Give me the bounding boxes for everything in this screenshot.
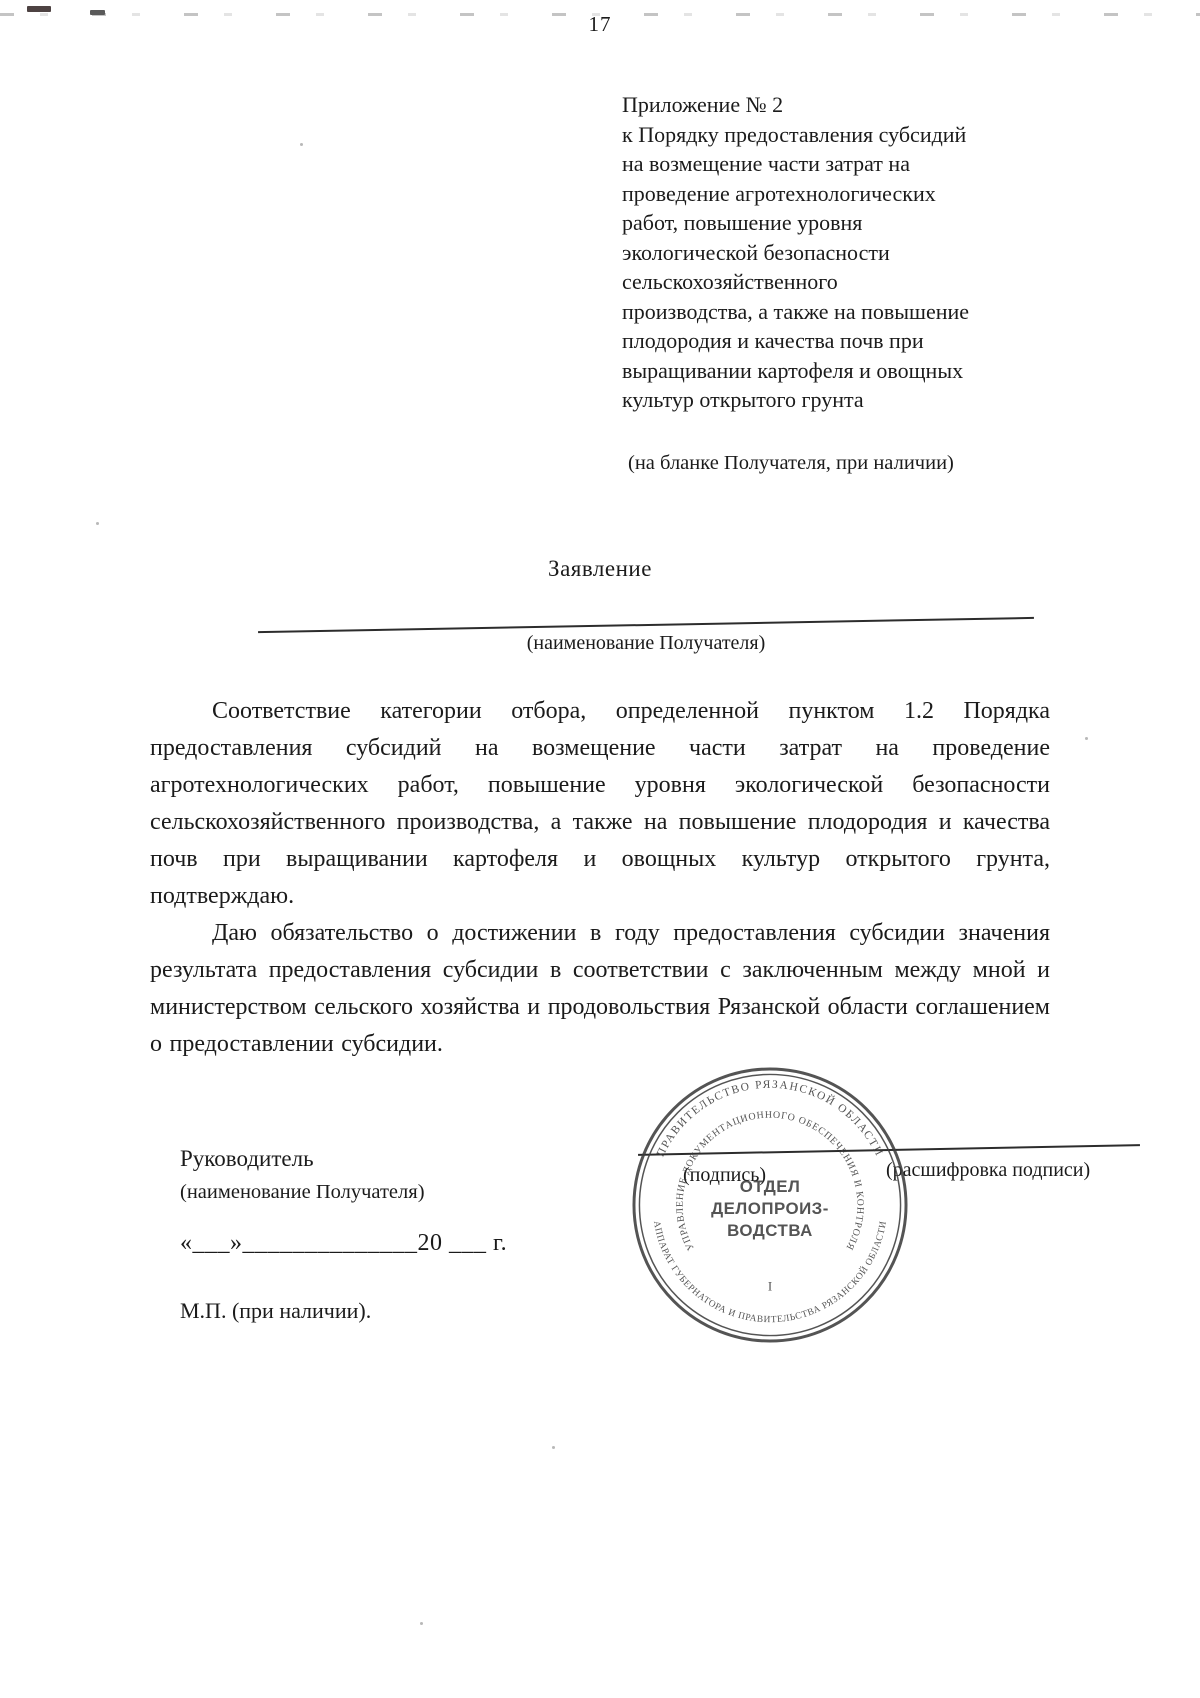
seal-place-note: М.П. (при наличии). bbox=[180, 1298, 371, 1324]
scan-speck bbox=[96, 522, 99, 525]
appendix-header-line: культур открытого грунта bbox=[622, 385, 1072, 415]
appendix-header-line: сельскохозяйственного bbox=[622, 267, 1072, 297]
scan-speck bbox=[1085, 737, 1088, 740]
appendix-header-line: выращивании картофеля и овощных bbox=[622, 356, 1072, 386]
document-page: 17 Приложение № 2 к Порядку предоставлен… bbox=[0, 0, 1200, 1698]
body-text: Соответствие категории отбора, определен… bbox=[150, 693, 1050, 1063]
appendix-header-line: Приложение № 2 bbox=[622, 90, 1072, 120]
document-title: Заявление bbox=[0, 556, 1200, 582]
paragraph-compliance: Соответствие категории отбора, определен… bbox=[150, 693, 1050, 915]
appendix-header-line: к Порядку предоставления субсидий bbox=[622, 120, 1072, 150]
scan-artifact-top-edge bbox=[0, 13, 1200, 16]
stamp-center-line: ДЕЛОПРОИЗ- bbox=[711, 1199, 829, 1218]
appendix-header-line: работ, повышение уровня bbox=[622, 208, 1072, 238]
stamp-center-line: ОТДЕЛ bbox=[740, 1177, 801, 1196]
appendix-header-line: проведение агротехнологических bbox=[622, 179, 1072, 209]
scan-speck bbox=[300, 143, 303, 146]
recipient-name-caption: (наименование Получателя) bbox=[258, 632, 1034, 655]
scan-speck bbox=[420, 1622, 423, 1625]
stamp-bottom-mark: I bbox=[768, 1279, 772, 1293]
appendix-header: Приложение № 2 к Порядку предоставления … bbox=[622, 90, 1072, 415]
date-blank-line: «___»______________20 ___ г. bbox=[180, 1230, 507, 1257]
appendix-header-line: экологической безопасности bbox=[622, 238, 1072, 268]
signature-transcript-caption: (расшифровка подписи) bbox=[886, 1159, 1090, 1182]
scan-artifact bbox=[90, 10, 105, 15]
appendix-header-line: на возмещение части затрат на bbox=[622, 149, 1072, 179]
form-note: (на бланке Получателя, при наличии) bbox=[628, 452, 954, 475]
scan-artifact bbox=[27, 6, 51, 12]
appendix-header-line: плодородия и качества почв при bbox=[622, 326, 1072, 356]
paragraph-obligation: Даю обязательство о достижении в году пр… bbox=[150, 915, 1050, 1063]
scan-speck bbox=[552, 1446, 555, 1449]
appendix-header-line: производства, а также на повышение bbox=[622, 297, 1072, 327]
signature-role-caption: (наименование Получателя) bbox=[180, 1181, 425, 1204]
stamp-center-line: ВОДСТВА bbox=[727, 1221, 813, 1240]
signature-role: Руководитель bbox=[180, 1146, 314, 1172]
recipient-name-blank-line bbox=[258, 617, 1034, 633]
official-stamp: ПРАВИТЕЛЬСТВО РЯЗАНСКОЙ ОБЛАСТИ АППАРАТ … bbox=[631, 1066, 909, 1344]
